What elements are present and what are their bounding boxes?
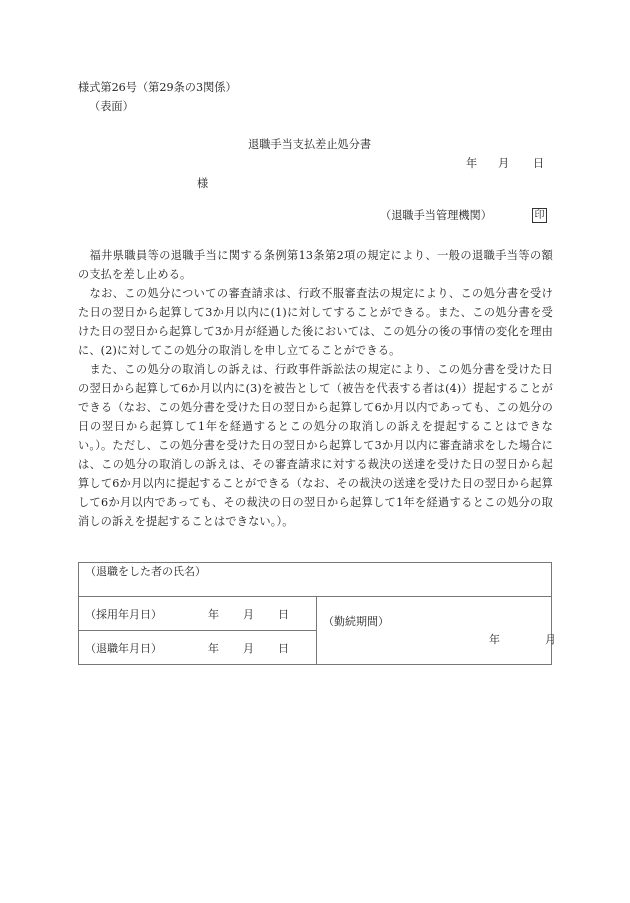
seal-mark: 印 [532,208,547,223]
service-period-label: （勤続期間） [323,613,389,629]
service-period-cell[interactable]: （勤続期間） 年 月 [317,597,552,665]
date-month: 月 [498,157,509,171]
service-period-year: 年 [489,631,500,647]
document-title: 退職手当支払差止処分書 [248,138,371,152]
date-line: 年 月 日 [466,157,477,171]
retire-date-year: 年 [208,640,243,656]
form-number: 様式第26号（第29条の3関係） [78,81,237,95]
paragraph-review-request: なお、この処分についての審査請求は、行政不服審査法の規定により、この処分書を受け… [78,284,553,360]
hire-date-cell[interactable]: （採用年月日） 年 月 日 [79,597,317,631]
hire-date-day: 日 [278,606,313,622]
service-period-month: 月 [545,631,556,647]
retire-date-label: （退職年月日） [85,640,208,656]
date-year: 年 [466,157,477,170]
retiree-name-label: （退職をした者の氏名） [85,565,206,578]
hire-date-month: 月 [243,606,278,622]
addressee-suffix: 様 [197,177,208,191]
date-day: 日 [533,157,544,171]
retire-date-month: 月 [243,640,278,656]
retire-date-day: 日 [278,640,313,656]
hire-date-label: （採用年月日） [85,606,208,622]
body-text: 福井県職員等の退職手当に関する条例第13条第2項の規定により、一般の退職手当等の… [78,246,553,531]
hire-date-year: 年 [208,606,243,622]
retiree-info-table: （退職をした者の氏名） （採用年月日） 年 月 日 （勤続期間） 年 月 （退職… [78,562,552,665]
retiree-name-cell[interactable]: （退職をした者の氏名） [79,563,552,597]
paragraph-suspension: 福井県職員等の退職手当に関する条例第13条第2項の規定により、一般の退職手当等の… [78,246,553,284]
paragraph-lawsuit: また、この処分の取消しの訴えは、行政事件訴訟法の規定により、この処分書を受けた日… [78,360,553,531]
form-side-label: （表面） [89,100,134,114]
issuer-label: （退職手当管理機関） [380,209,492,223]
retire-date-cell[interactable]: （退職年月日） 年 月 日 [79,631,317,665]
